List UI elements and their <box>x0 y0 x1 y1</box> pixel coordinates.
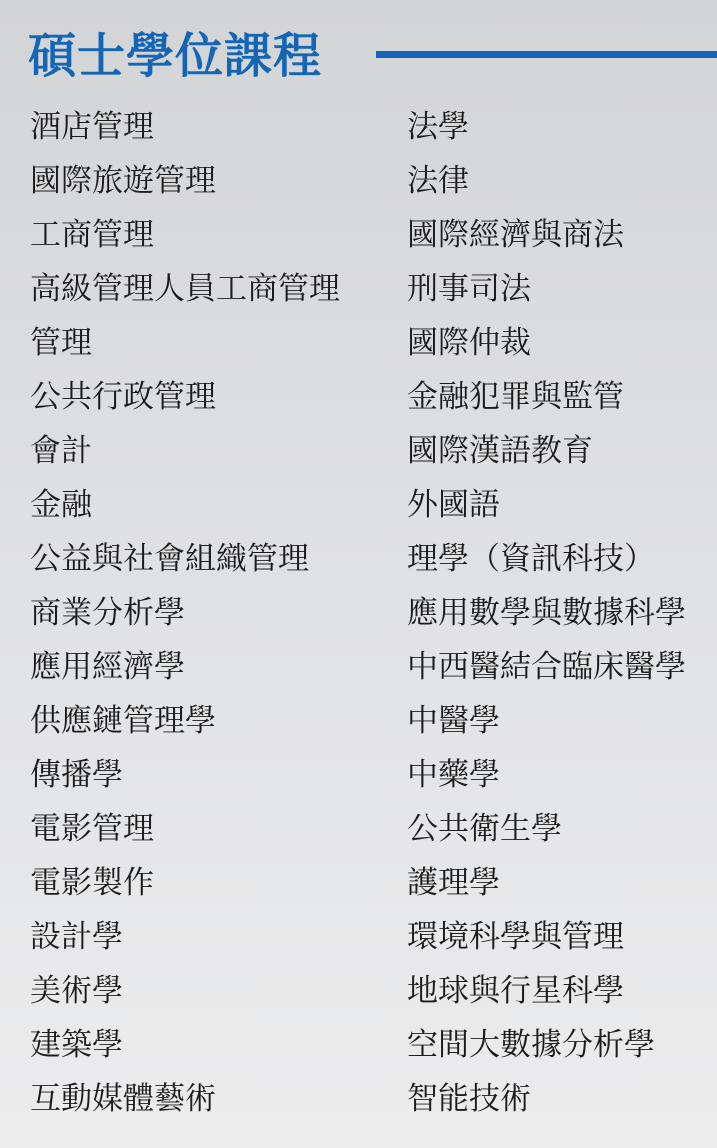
program-item: 國際經濟與商法 <box>407 208 686 262</box>
program-item: 建築學 <box>30 1018 340 1072</box>
program-item: 地球與行星科學 <box>407 964 686 1018</box>
program-item: 外國語 <box>407 478 686 532</box>
program-list-right: 法學 法律 國際經濟與商法 刑事司法 國際仲裁 金融犯罪與監管 國際漢語教育 外… <box>407 100 686 1126</box>
program-item: 酒店管理 <box>30 100 340 154</box>
program-item: 傳播學 <box>30 748 340 802</box>
page-title: 碩士學位課程 <box>28 24 322 88</box>
program-item: 中西醫結合臨床醫學 <box>407 640 686 694</box>
program-item: 公益與社會組織管理 <box>30 532 340 586</box>
program-item: 國際漢語教育 <box>407 424 686 478</box>
program-item: 法學 <box>407 100 686 154</box>
program-item: 設計學 <box>30 910 340 964</box>
program-item: 供應鏈管理學 <box>30 694 340 748</box>
program-item: 中藥學 <box>407 748 686 802</box>
program-item: 空間大數據分析學 <box>407 1018 686 1072</box>
title-divider <box>376 51 717 58</box>
program-item: 法律 <box>407 154 686 208</box>
program-item: 理學（資訊科技） <box>407 532 686 586</box>
program-item: 公共衛生學 <box>407 802 686 856</box>
program-item: 電影管理 <box>30 802 340 856</box>
program-list-left: 酒店管理 國際旅遊管理 工商管理 高級管理人員工商管理 管理 公共行政管理 會計… <box>30 100 340 1126</box>
program-item: 工商管理 <box>30 208 340 262</box>
program-item: 國際旅遊管理 <box>30 154 340 208</box>
program-item: 應用經濟學 <box>30 640 340 694</box>
program-item: 公共行政管理 <box>30 370 340 424</box>
program-item: 互動媒體藝術 <box>30 1072 340 1126</box>
program-item: 會計 <box>30 424 340 478</box>
program-item: 金融 <box>30 478 340 532</box>
program-item: 高級管理人員工商管理 <box>30 262 340 316</box>
program-item: 美術學 <box>30 964 340 1018</box>
program-item: 電影製作 <box>30 856 340 910</box>
program-item: 國際仲裁 <box>407 316 686 370</box>
program-item: 護理學 <box>407 856 686 910</box>
program-item: 智能技術 <box>407 1072 686 1126</box>
program-item: 管理 <box>30 316 340 370</box>
program-item: 環境科學與管理 <box>407 910 686 964</box>
program-item: 商業分析學 <box>30 586 340 640</box>
program-item: 中醫學 <box>407 694 686 748</box>
program-item: 金融犯罪與監管 <box>407 370 686 424</box>
program-item: 應用數學與數據科學 <box>407 586 686 640</box>
header: 碩士學位課程 <box>0 0 717 100</box>
program-item: 刑事司法 <box>407 262 686 316</box>
